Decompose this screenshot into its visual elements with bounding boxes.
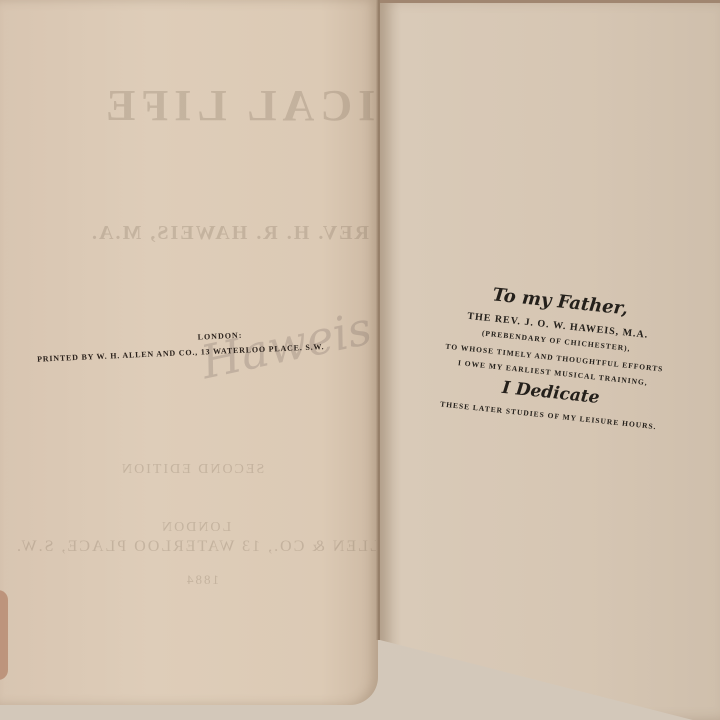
page-top-edge bbox=[380, 0, 720, 3]
dedication-block: To my Father, THE REV. J. O. W. HAWEIS, … bbox=[439, 280, 671, 431]
thumb bbox=[0, 590, 8, 680]
left-page: MY MUSICAL LIFE REV. H. R. HAWEIS, M.A. … bbox=[0, 0, 378, 705]
bleed-through-edition: SECOND EDITION bbox=[120, 462, 264, 478]
bleed-through-year: 1884 bbox=[185, 572, 219, 588]
bleed-through-london: LONDON bbox=[160, 520, 231, 536]
bleed-through-author: REV. H. R. HAWEIS, M.A. bbox=[90, 222, 369, 245]
